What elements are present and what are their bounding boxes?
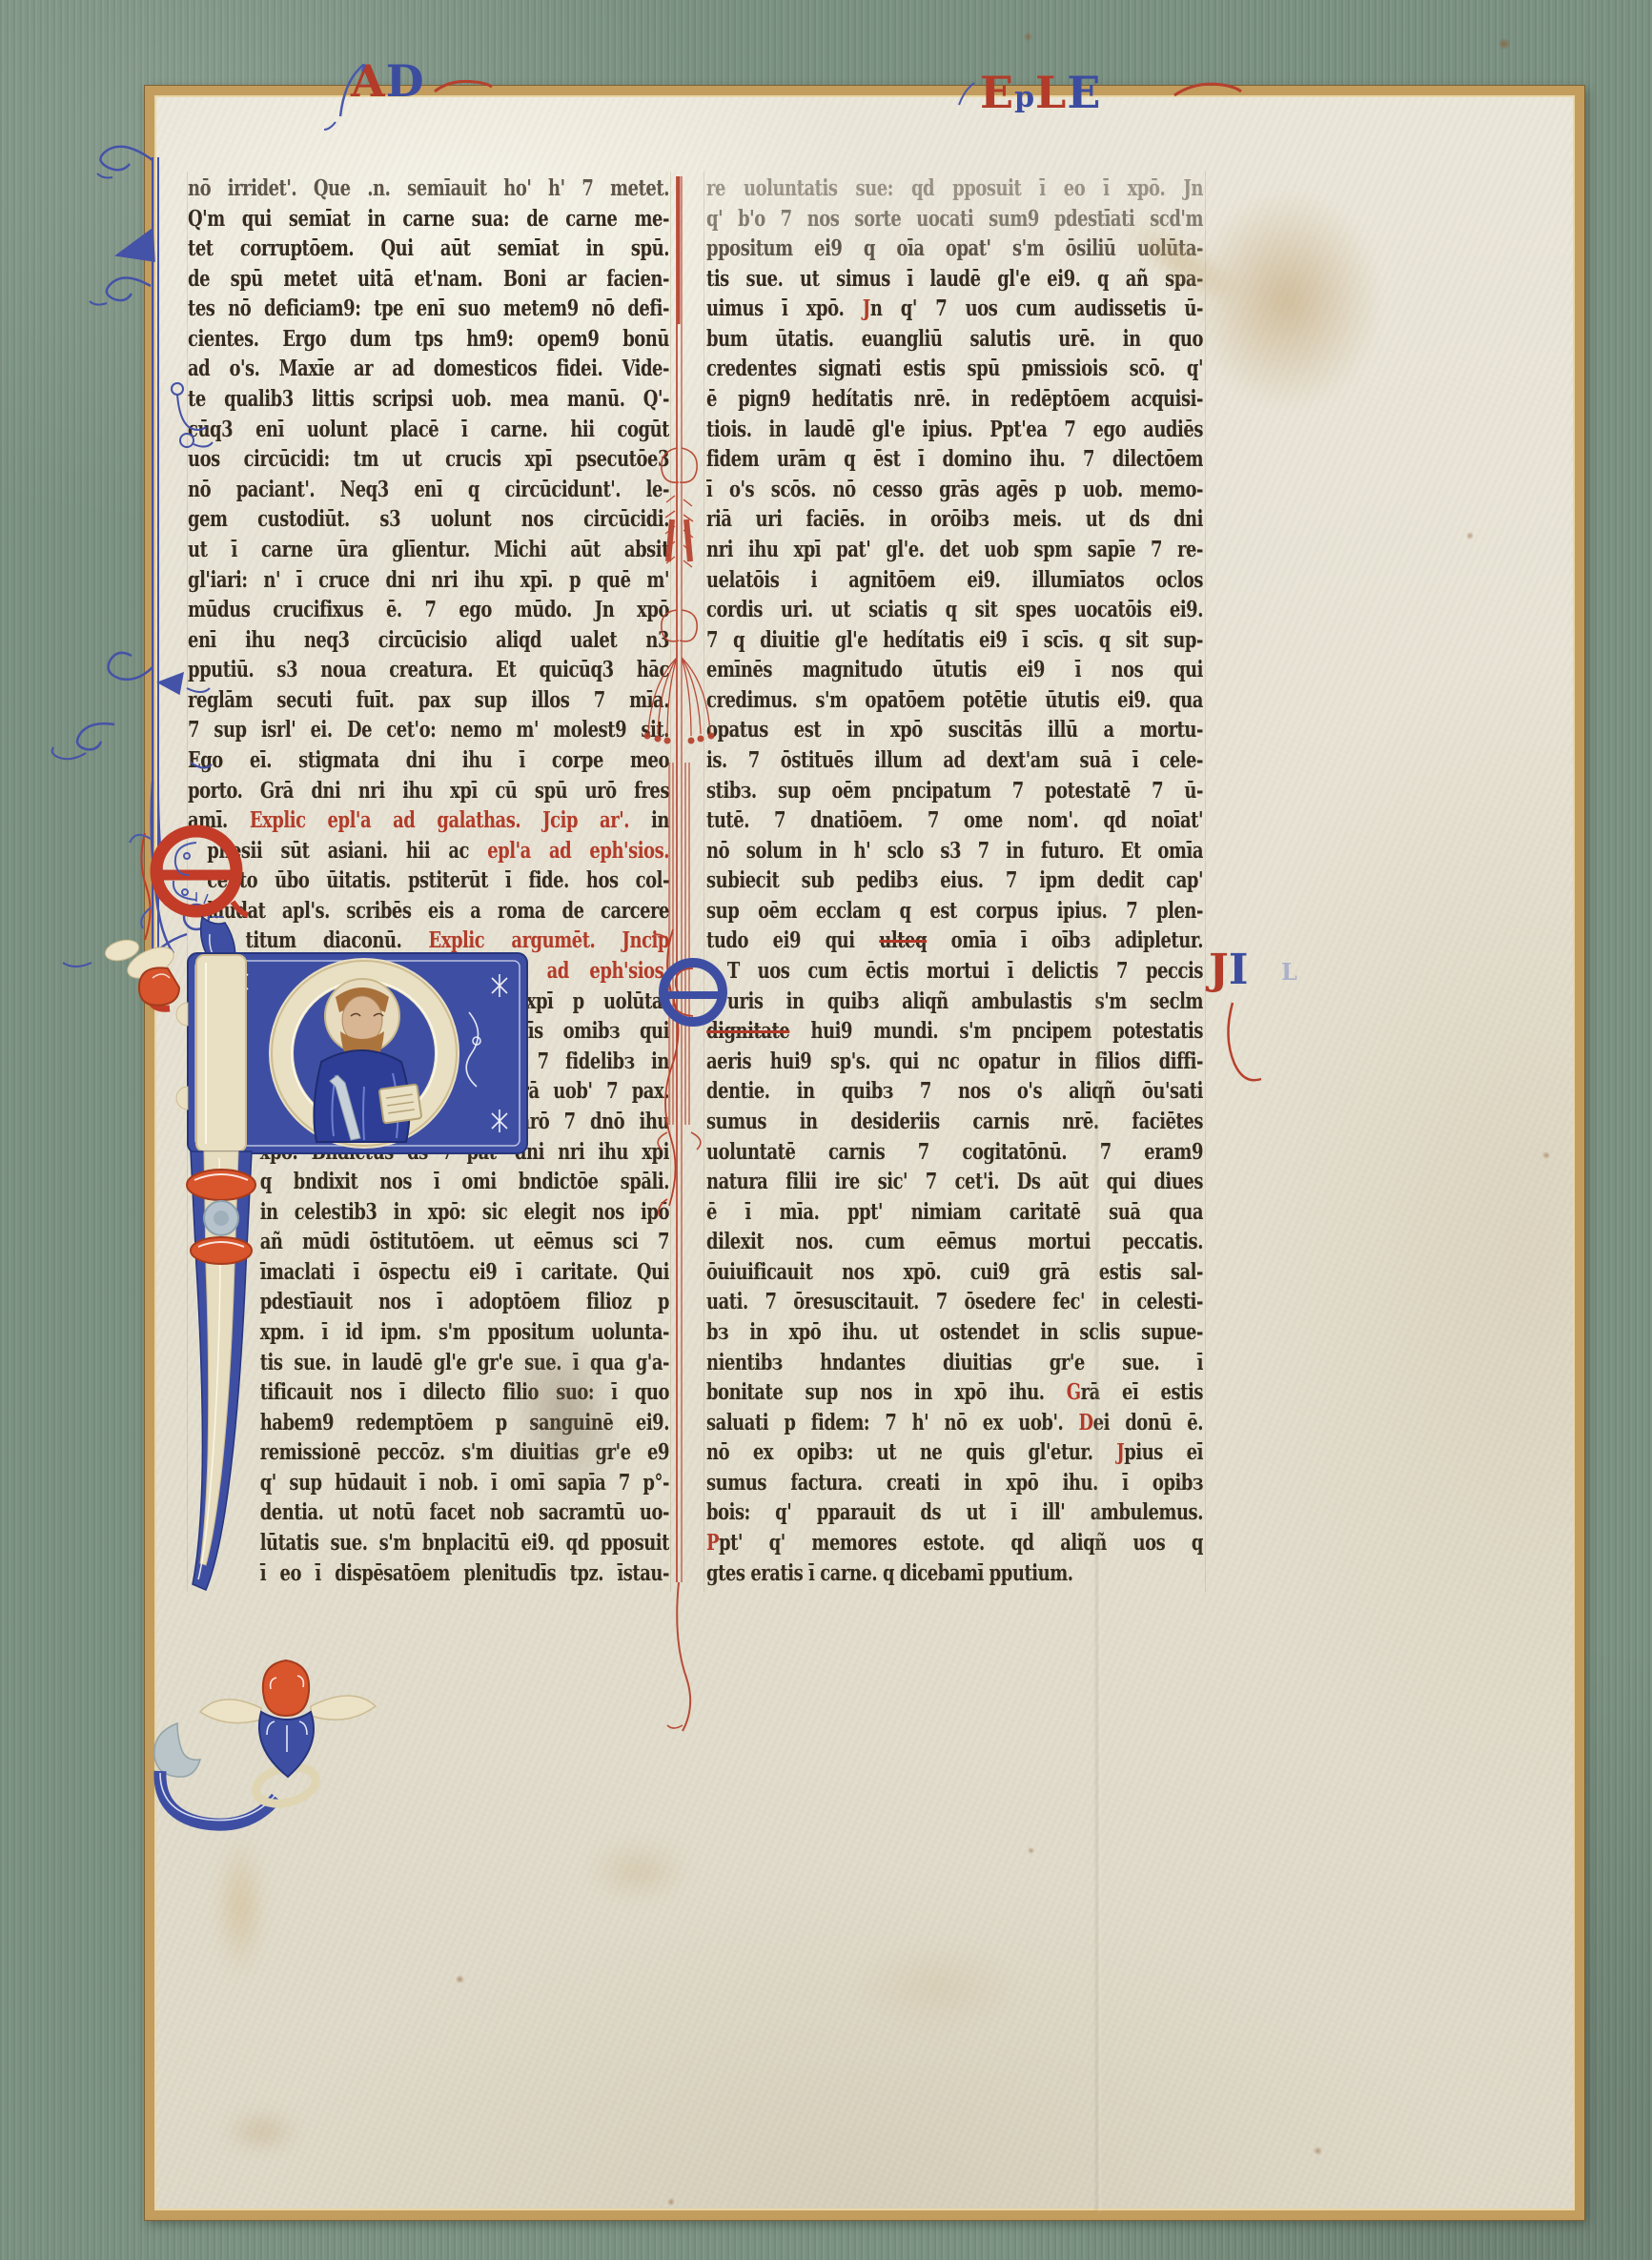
text-segment: ī o's scōs. nō cesso grās agēs p uob. me… xyxy=(706,477,1203,502)
ruling-line xyxy=(1205,172,1206,1592)
text-segment: dilexit nos. cum eēmus mortui peccatis. xyxy=(706,1229,1203,1254)
text-segment: opatus est in xpō suscitās illū a mortu- xyxy=(706,717,1203,743)
manuscript-line: de spū metet uitā et'nam. Boni ar facien… xyxy=(188,264,669,295)
initial-e-blue xyxy=(634,910,739,1234)
foxing-stain xyxy=(586,1838,691,1904)
text-segment: re uoluntatis sue: qd pposuit ī eo ī xpō… xyxy=(706,175,1203,201)
manuscript-line: mūdus crucifixus ē. 7 ego mūdo. Jn xpō xyxy=(188,595,669,625)
manuscript-line: nō solum in h' sclo s3 7 in futuro. Et o… xyxy=(706,836,1203,866)
text-segment: tes nō deficiam9: tpe enī suo metem9 nō … xyxy=(188,295,669,321)
manuscript-line: tis sue. ut simus ī laudē gl'e ei9. q añ… xyxy=(706,264,1203,295)
manuscript-line: ut ī carne ūra glīentur. Michi aūt absit xyxy=(188,535,669,565)
text-segment: credimus. s'm opatōem potētie ūtutis ei9… xyxy=(706,687,1203,713)
grey-trefoil xyxy=(154,1723,200,1777)
text-segment: hui9 mundi. s'm pncipem potestatis xyxy=(789,1018,1203,1044)
text-segment: de spū metet uitā et'nam. Boni ar facien… xyxy=(188,266,669,292)
manuscript-line: subiecit sub pedibз eius. 7 ipm dedit ca… xyxy=(706,865,1203,896)
manuscript-line: 7 q diuitie gl'e hedítatis ei9 ī scīs. q… xyxy=(706,625,1203,656)
manuscript-line: is. 7 ōstituēs illum ad dext'am suā ī ce… xyxy=(706,745,1203,776)
text-segment: tet corruptōem. Qui aūt semīat in spū. xyxy=(188,235,669,261)
foxing-dot xyxy=(1028,1847,1034,1854)
text-segment: nō paciant'. Neq3 enī q circūcidunt'. le… xyxy=(188,477,669,502)
manuscript-line: uimus ī xpō. Jn q' 7 uos cum audissetis … xyxy=(706,294,1203,324)
text-segment: uris in quibз aliqñ ambulastis s'm seclm xyxy=(727,988,1203,1014)
manuscript-line: uati. 7 ōresuscitauit. 7 ōsedere fec' in… xyxy=(706,1287,1203,1317)
foxing-dot xyxy=(1466,532,1474,540)
text-segment: te qualib3 littis scripsi uob. mea manū.… xyxy=(188,386,669,412)
manuscript-line: 7 sup isrl' ei. De cet'o: nemo m' molest… xyxy=(188,715,669,745)
margin-guide-letter: L xyxy=(1281,961,1297,984)
text-segment: sumus in desideriis carnis nrē. faciētes xyxy=(706,1109,1203,1134)
manuscript-line: enī ihu neq3 circūcisio aliqd ualet n3 xyxy=(188,625,669,656)
text-segment: aeris hui9 sp's. qui nc opatur in filios… xyxy=(706,1049,1203,1074)
manuscript-line: riā uri faciēs. in orōibз meis. ut ds dn… xyxy=(706,504,1203,535)
manuscript-line: Q'm qui semīat in carne sua: de carne me… xyxy=(188,204,669,234)
text-segment: tis sue. ut simus ī laudē gl'e ei9. q añ… xyxy=(706,266,1203,292)
text-segment: ulteq xyxy=(879,927,927,953)
text-segment: gtes eratis ī carne. q dicebamī pputium. xyxy=(706,1560,1073,1586)
text-segment: pputiū. s3 noua creatura. Et quicūq3 hāc xyxy=(188,657,669,682)
manuscript-line: gtes eratis ī carne. q dicebamī pputium. xyxy=(706,1558,1203,1589)
text-segment: mūdus crucifixus ē. 7 ego mūdo. Jn xpō xyxy=(188,597,669,622)
manuscript-line: tudo ei9 qui ulteq omīa ī oībз adipletur… xyxy=(706,926,1203,956)
manuscript-line: stibз. sup oēm pncipatum 7 potestatē 7 ū… xyxy=(706,776,1203,806)
framed-manuscript-photo: AD EpLE nō irridet'. Que .n. semīauit ho… xyxy=(0,0,1652,2260)
manuscript-line: bз in xpō ihu. ut ostendet in sclis supu… xyxy=(706,1317,1203,1348)
manuscript-line: cūq3 enī uolunt placē ī carne. hii cogūt xyxy=(188,415,669,445)
manuscript-line: te qualib3 littis scripsi uob. mea manū.… xyxy=(188,384,669,415)
text-segment: gem custodiūt. s3 uolunt nos circūcidi. xyxy=(188,506,669,532)
text-segment: nientibз hndantes diuitias gr'e sue. ī xyxy=(706,1350,1203,1375)
book xyxy=(379,1084,422,1123)
manuscript-line: fidem urām q ēst ī domino ihu. 7 dilectō… xyxy=(706,444,1203,475)
text-segment: cientes. Ergo dum tps hm9: opem9 bonū xyxy=(188,326,669,352)
text-segment: reglām secuti fuīt. pax sup illos 7 mīa. xyxy=(188,687,669,713)
text-segment: natura filii ire sic' 7 cet'i. Ds aūt qu… xyxy=(706,1169,1203,1194)
manuscript-line: bum ūtatis. euangliū salutis urē. in quo xyxy=(706,324,1203,355)
manuscript-line: saluati p fidem: 7 h' nō ex uob'. Dei do… xyxy=(706,1408,1203,1438)
manuscript-line: tet corruptōem. Qui aūt semīat in spū. xyxy=(188,234,669,264)
text-segment: dentie. in quibз 7 nos o's aliqñ ōu'sati xyxy=(706,1078,1203,1104)
text-segment: 7 q diuitie gl'e hedítatis ei9 ī scīs. q… xyxy=(706,627,1203,653)
text-segment: bum ūtatis. euangliū salutis urē. in quo xyxy=(706,326,1203,352)
manuscript-line: sup oēm ecclam q est corpus ipius. 7 ple… xyxy=(706,896,1203,926)
text-segment: nō irridet'. Que .n. semīauit ho' h' 7 m… xyxy=(188,175,669,201)
text-segment: Q'm qui semīat in carne sua: de carne me… xyxy=(188,206,669,232)
manuscript-line: reglām secuti fuīt. pax sup illos 7 mīa. xyxy=(188,685,669,716)
manuscript-line: porto. Grā dni nri ihu xpī cū spū urō fr… xyxy=(188,776,669,806)
manuscript-line: dilexit nos. cum eēmus mortui peccatis. xyxy=(706,1227,1203,1257)
text-segment: ei donū ē. xyxy=(1093,1410,1203,1435)
manuscript-line: ōuiuificauit nos xpō. cui9 grā estis sal… xyxy=(706,1257,1203,1288)
text-segment: ē pign9 hedítatis nrē. in redēptōem acqu… xyxy=(706,386,1203,412)
text-segment: J xyxy=(863,295,870,321)
manuscript-line: uos circūcidi: tm ut crucis xpī psecutōe… xyxy=(188,444,669,475)
text-segment: emīnēs magnitudo ūtutis ei9 ī nos qui xyxy=(706,657,1203,682)
manuscript-line: cientes. Ergo dum tps hm9: opem9 bonū xyxy=(188,324,669,355)
text-segment: omīa ī oībз adipletur. xyxy=(927,927,1203,953)
parchment-crease xyxy=(1094,896,1101,2211)
text-segment: uelatōis i agnitōem ei9. illumīatos oclo… xyxy=(706,567,1203,593)
text-segment: cordis uri. ut sciatis q sit spes uocatō… xyxy=(706,597,1203,622)
text-column-right: re uoluntatis sue: qd pposuit ī eo ī xpō… xyxy=(706,173,1203,1588)
text-segment: nri ihu xpī pat' gl'e. det uob spm sapīe… xyxy=(706,537,1203,562)
foxing-dot xyxy=(1314,2147,1322,2155)
manuscript-line: opatus est in xpō suscitās illū a mortu- xyxy=(706,715,1203,745)
text-segment: uimus ī xpō. xyxy=(706,295,863,321)
manuscript-line: nientibз hndantes diuitias gr'e sue. ī xyxy=(706,1348,1203,1378)
manuscript-line: sumus in desideriis carnis nrē. faciētes xyxy=(706,1107,1203,1137)
text-segment: cūq3 enī uolunt placē ī carne. hii cogūt xyxy=(188,417,669,442)
manuscript-line: T uos cum ēctis mortui ī delictis 7 pecc… xyxy=(706,956,1203,987)
manuscript-line: dignitate hui9 mundi. s'm pncipem potest… xyxy=(706,1016,1203,1047)
chapter-numeral-letter: J xyxy=(1209,949,1229,991)
text-segment: uoluntatē carnis 7 cogitatōnū. 7 eram9 xyxy=(706,1139,1203,1165)
text-segment: D xyxy=(1079,1410,1093,1435)
manuscript-line: natura filii ire sic' 7 cet'i. Ds aūt qu… xyxy=(706,1167,1203,1197)
manuscript-line: gem custodiūt. s3 uolunt nos circūcidi. xyxy=(188,504,669,535)
text-segment: sumus factura. creati in xpō ihu. ī opib… xyxy=(706,1470,1203,1496)
text-segment: tutē. 7 dnatiōem. 7 ome nom'. qd noīat' xyxy=(706,807,1203,833)
manuscript-line: tiois. in laudē gl'e ipius. Ppt'ea 7 ego… xyxy=(706,415,1203,445)
text-segment: bз in xpō ihu. ut ostendet in sclis supu… xyxy=(706,1319,1203,1345)
orange-bud xyxy=(139,967,179,1005)
manuscript-line: cordis uri. ut sciatis q sit spes uocatō… xyxy=(706,595,1203,625)
foxing-dot xyxy=(1499,38,1510,50)
text-segment: ē ī mīa. ppt' nimiam caritatē suā qua xyxy=(706,1199,1203,1225)
manuscript-line: gl'iari: n' ī cruce dni nri ihu xpī. p q… xyxy=(188,565,669,596)
text-segment: ōuiuificauit nos xpō. cui9 grā estis sal… xyxy=(706,1259,1203,1285)
manuscript-line: pputiū. s3 noua creatura. Et quicūq3 hāc xyxy=(188,655,669,685)
text-segment: fidem urām q ēst ī domino ihu. 7 dilectō… xyxy=(706,446,1203,472)
foxing-stain xyxy=(858,1944,1020,2030)
manuscript-line: credentes signati estis spū pmissiois sc… xyxy=(706,354,1203,384)
chapter-numeral-flourish xyxy=(1201,991,1287,1106)
text-segment: stibз. sup oēm pncipatum 7 potestatē 7 ū… xyxy=(706,778,1203,804)
text-segment: nō solum in h' sclo s3 7 in futuro. Et o… xyxy=(706,838,1203,864)
text-segment: ut ī carne ūra glīentur. Michi aūt absit xyxy=(188,537,669,562)
illuminated-initial-p xyxy=(133,929,553,1863)
manuscript-line: nō ex opibз: ut ne quis gl'etur. Jpius e… xyxy=(706,1437,1203,1468)
manuscript-line: ī o's scōs. nō cesso grās agēs p uob. me… xyxy=(706,475,1203,505)
text-segment: bois: q' pparauit ds ut ī ill' ambulemus… xyxy=(706,1499,1203,1525)
foxing-dot xyxy=(667,2198,675,2206)
manuscript-line: tes nō deficiam9: tpe enī suo metem9 nō … xyxy=(188,294,669,324)
text-segment: J xyxy=(1116,1439,1124,1465)
manuscript-line: sumus factura. creati in xpō ihu. ī opib… xyxy=(706,1468,1203,1498)
text-segment: nō ex opibз: ut ne quis gl'etur. xyxy=(706,1439,1116,1465)
manuscript-line: tutē. 7 dnatiōem. 7 ome nom'. qd noīat' xyxy=(706,805,1203,836)
manuscript-line: ē ī mīa. ppt' nimiam caritatē suā qua xyxy=(706,1197,1203,1228)
text-segment: saluati p fidem: 7 h' nō ex uob'. xyxy=(706,1410,1079,1435)
text-segment: 7 sup isrl' ei. De cet'o: nemo m' molest… xyxy=(188,717,669,743)
chapter-numeral-ii: JI xyxy=(1209,949,1248,991)
manuscript-line: emīnēs magnitudo ūtutis ei9 ī nos qui xyxy=(706,655,1203,685)
manuscript-line: dentie. in quibз 7 nos o's aliqñ ōu'sati xyxy=(706,1076,1203,1107)
text-segment: gl'iari: n' ī cruce dni nri ihu xpī. p q… xyxy=(188,567,669,593)
manuscript-line: ad o's. Maxīe ar ad domesticos fidei. Vi… xyxy=(188,354,669,384)
text-segment: pius eī xyxy=(1124,1439,1203,1465)
manuscript-line: credimus. s'm opatōem potētie ūtutis ei9… xyxy=(706,685,1203,716)
text-segment: subiecit sub pedibз eius. 7 ipm dedit ca… xyxy=(706,867,1203,893)
manuscript-line: Ego eī. stigmata dni ihu ī corpe meo xyxy=(188,745,669,776)
text-segment: G xyxy=(1067,1379,1081,1405)
stain-drip xyxy=(214,1835,267,1978)
descender-fleur xyxy=(200,1660,376,1777)
text-segment: T uos cum ēctis mortui ī delictis 7 pecc… xyxy=(727,958,1203,984)
text-segment: enī ihu neq3 circūcisio aliqd ualet n3 xyxy=(188,627,669,653)
foxing-stain xyxy=(222,2108,302,2154)
manuscript-line: uoluntatē carnis 7 cogitatōnū. 7 eram9 xyxy=(706,1137,1203,1168)
manuscript-line: re uoluntatis sue: qd pposuit ī eo ī xpō… xyxy=(706,173,1203,204)
foxing-dot xyxy=(1024,32,1032,41)
chapter-numeral-letter: I xyxy=(1229,949,1249,991)
manuscript-line: uris in quibз aliqñ ambulastis s'm seclm xyxy=(706,987,1203,1017)
text-segment: pt' q' memores estote. qd aliqñ uos q xyxy=(719,1530,1203,1556)
manuscript-line: aeris hui9 sp's. qui nc opatur in filios… xyxy=(706,1047,1203,1077)
text-segment: Ego eī. stigmata dni ihu ī corpe meo xyxy=(188,747,669,773)
text-segment: Explic epl'a ad galathas. Jcip ar'. xyxy=(250,807,629,833)
manuscript-line: bonitate sup nos in xpō ihu. Grā eī esti… xyxy=(706,1377,1203,1408)
text-segment: porto. Grā dni nri ihu xpī cū spū urō fr… xyxy=(188,778,669,804)
text-segment: riā uri faciēs. in orōibз meis. ut ds dn… xyxy=(706,506,1203,532)
text-segment: sup oēm ecclam q est corpus ipius. 7 ple… xyxy=(706,898,1203,924)
text-segment: bonitate sup nos in xpō ihu. xyxy=(706,1379,1067,1405)
text-segment: ad o's. Maxīe ar ad domesticos fidei. Vi… xyxy=(188,356,669,381)
manuscript-line: bois: q' pparauit ds ut ī ill' ambulemus… xyxy=(706,1497,1203,1528)
text-segment: tiois. in laudē gl'e ipius. Ppt'ea 7 ego… xyxy=(706,417,1203,442)
text-segment: uati. 7 ōresuscitauit. 7 ōsedere fec' in… xyxy=(706,1289,1203,1314)
text-segment: n q' 7 uos cum audissetis ū- xyxy=(870,295,1203,321)
manuscript-line: ē pign9 hedítatis nrē. in redēptōem acqu… xyxy=(706,384,1203,415)
manuscript-line: uelatōis i agnitōem ei9. illumīatos oclo… xyxy=(706,565,1203,596)
text-segment: uos circūcidi: tm ut crucis xpī psecutōe… xyxy=(188,446,669,472)
text-segment: is. 7 ōstituēs illum ad dext'am suā ī ce… xyxy=(706,747,1203,773)
text-segment: credentes signati estis spū pmissiois sc… xyxy=(706,356,1203,381)
foxing-dot xyxy=(1542,1151,1550,1159)
manuscript-line: Ppt' q' memores estote. qd aliqñ uos q xyxy=(706,1528,1203,1558)
manuscript-line: nri ihu xpī pat' gl'e. det uob spm sapīe… xyxy=(706,535,1203,565)
foxing-dot xyxy=(456,1975,464,1984)
manuscript-line: nō paciant'. Neq3 enī q circūcidunt'. le… xyxy=(188,475,669,505)
manuscript-line: nō irridet'. Que .n. semīauit ho' h' 7 m… xyxy=(188,173,669,204)
